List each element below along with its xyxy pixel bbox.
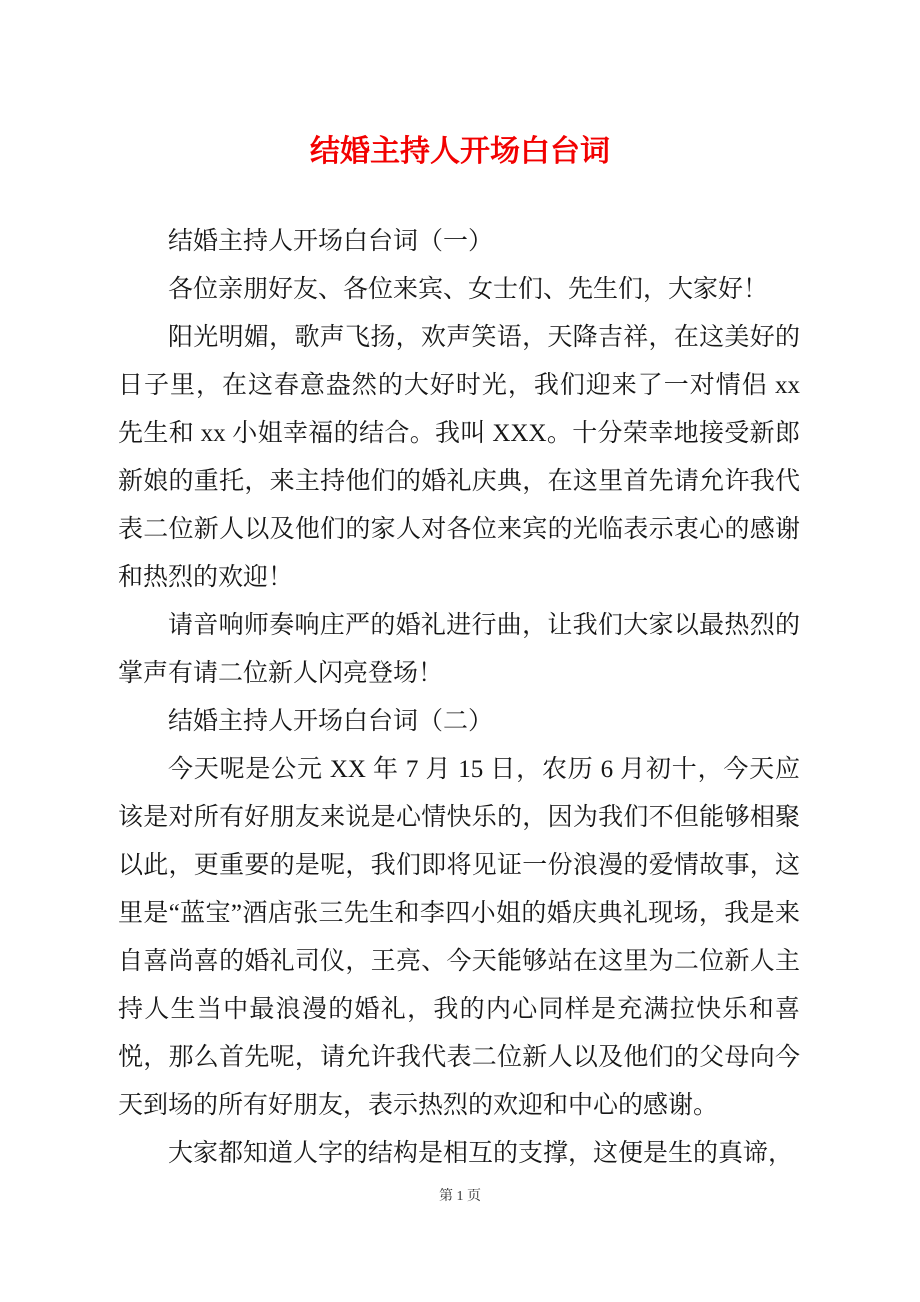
document-page: 结婚主持人开场白台词 结婚主持人开场白台词（一） 各位亲朋好友、各位来宾、女士们… [0, 0, 920, 1302]
paragraph-section-1-heading: 结婚主持人开场白台词（一） [118, 218, 800, 266]
paragraph-greeting: 各位亲朋好友、各位来宾、女士们、先生们，大家好！ [118, 266, 800, 314]
paragraph-opening-speech-2: 今天呢是公元 XX 年 7 月 15 日，农历 6 月初十，今天应该是对所有好朋… [118, 746, 800, 1130]
page-footer: 第 1 页 [0, 1188, 920, 1206]
paragraph-music-cue: 请音响师奏响庄严的婚礼进行曲，让我们大家以最热烈的掌声有请二位新人闪亮登场！ [118, 602, 800, 698]
document-title: 结婚主持人开场白台词 [0, 130, 920, 174]
page-number-label: 第 1 页 [439, 1189, 481, 1204]
document-body: 结婚主持人开场白台词（一） 各位亲朋好友、各位来宾、女士们、先生们，大家好！ 阳… [0, 174, 920, 1178]
paragraph-section-2-heading: 结婚主持人开场白台词（二） [118, 698, 800, 746]
paragraph-closing-line: 大家都知道人字的结构是相互的支撑，这便是生的真谛， [118, 1130, 800, 1178]
paragraph-opening-speech-1: 阳光明媚，歌声飞扬，欢声笑语，天降吉祥，在这美好的日子里，在这春意盎然的大好时光… [118, 314, 800, 602]
